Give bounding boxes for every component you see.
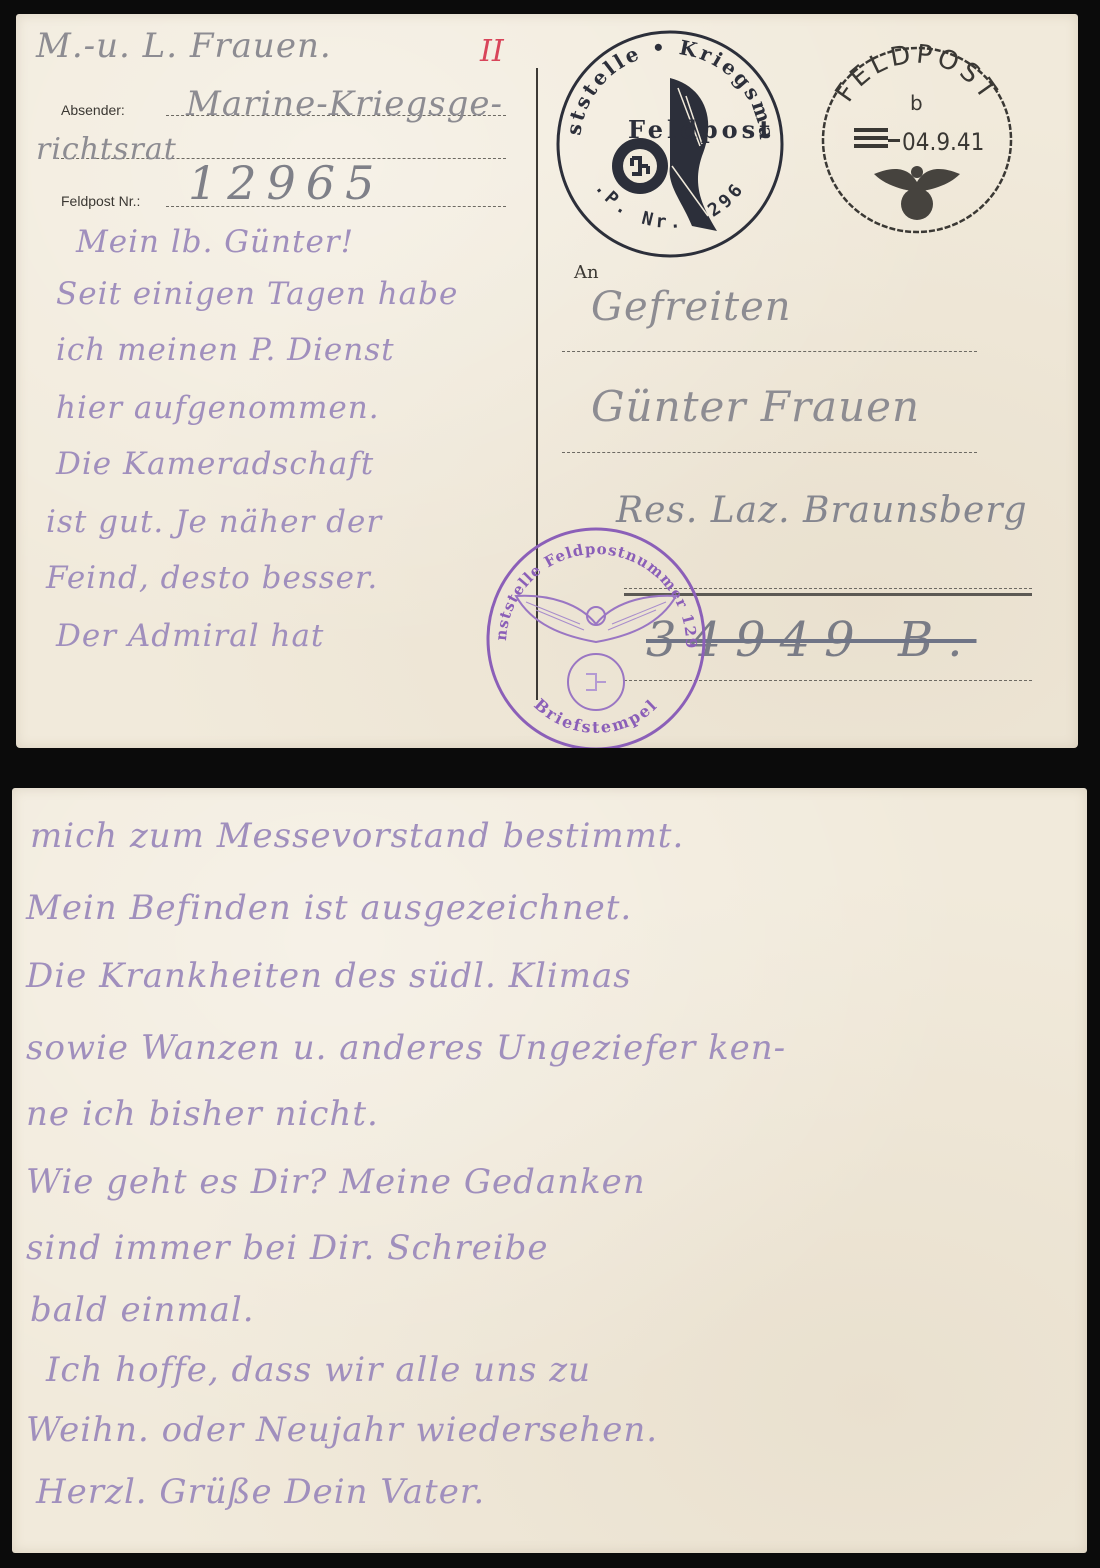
message-line: Der Admiral hat bbox=[56, 618, 324, 654]
address-rank: Gefreiten bbox=[591, 284, 792, 330]
svg-text:Feldpost: Feldpost bbox=[628, 115, 774, 144]
message-line: Die Krankheiten des südl. Klimas bbox=[26, 956, 632, 996]
message-line: sowie Wanzen u. anderes Ungeziefer ken- bbox=[26, 1028, 786, 1068]
handwritten-sender-title: Marine-Kriegsge- bbox=[186, 84, 503, 124]
handwritten-sender-title-cont: richtsrat bbox=[36, 132, 177, 167]
message-line: Ich hoffe, dass wir alle uns zu bbox=[46, 1350, 591, 1390]
message-line: Die Kameradschaft bbox=[56, 446, 374, 482]
message-line: bald einmal. bbox=[30, 1290, 255, 1330]
message-line: ist gut. Je näher der bbox=[46, 504, 382, 540]
feldpost-eagle-icon: FELDPOST b 04.9.41 bbox=[818, 44, 1016, 236]
message-line: Wie geht es Dir? Meine Gedanken bbox=[26, 1162, 646, 1202]
message-line: Mein Befinden ist ausgezeichnet. bbox=[26, 888, 632, 928]
address-dotted-line-2 bbox=[562, 452, 977, 453]
postcard-front: II Absender: Feldpost Nr.: M.-u. L. Frau… bbox=[16, 14, 1078, 748]
message-line: Seit einigen Tagen habe bbox=[56, 276, 458, 312]
address-name: Günter Frauen bbox=[591, 382, 920, 431]
handwritten-sender-name: M.-u. L. Frauen. bbox=[36, 26, 332, 66]
message-line: ne ich bisher nicht. bbox=[26, 1094, 379, 1134]
red-numeral-mark: II bbox=[480, 34, 504, 69]
message-line: Mein lb. Günter! bbox=[76, 224, 354, 260]
absender-label: Absender: bbox=[61, 102, 125, 118]
briefstempel-eagle-icon: Dienststelle Feldpostnummer 12965 Briefs… bbox=[480, 524, 712, 748]
feldpost-nr-label: Feldpost Nr.: bbox=[61, 193, 140, 209]
message-line: Weihn. oder Neujahr wiedersehen. bbox=[26, 1410, 658, 1450]
feldpost-date-stamp: FELDPOST b 04.9.41 bbox=[818, 44, 1016, 236]
message-line: hier aufgenommen. bbox=[56, 390, 380, 426]
message-line: sind immer bei Dir. Schreibe bbox=[26, 1228, 549, 1268]
message-line: mich zum Messevorstand bestimmt. bbox=[30, 816, 684, 856]
svg-text:b: b bbox=[910, 91, 923, 115]
handwritten-feldpost-nr: 12965 bbox=[188, 156, 384, 210]
message-line: Feind, desto besser. bbox=[46, 560, 378, 596]
signature-line: Herzl. Grüße Dein Vater. bbox=[36, 1472, 485, 1512]
kriegsmarine-eagle-icon: Dienststelle • Kriegsmarine F.P. Nr. 129… bbox=[552, 26, 788, 262]
kriegsmarine-stamp: Dienststelle • Kriegsmarine F.P. Nr. 129… bbox=[552, 26, 788, 262]
address-dotted-line-1 bbox=[562, 351, 977, 352]
postcard-back: mich zum Messevorstand bestimmt. Mein Be… bbox=[12, 788, 1087, 1553]
svg-text:Briefstempel: Briefstempel bbox=[530, 695, 661, 737]
svg-text:04.9.41: 04.9.41 bbox=[902, 128, 984, 156]
svg-text:Dienststelle Feldpostnummer 12: Dienststelle Feldpostnummer 12965 bbox=[480, 524, 700, 649]
an-label: An bbox=[574, 262, 599, 283]
briefstempel-stamp: Dienststelle Feldpostnummer 12965 Briefs… bbox=[480, 524, 712, 748]
message-line: ich meinen P. Dienst bbox=[56, 332, 395, 368]
